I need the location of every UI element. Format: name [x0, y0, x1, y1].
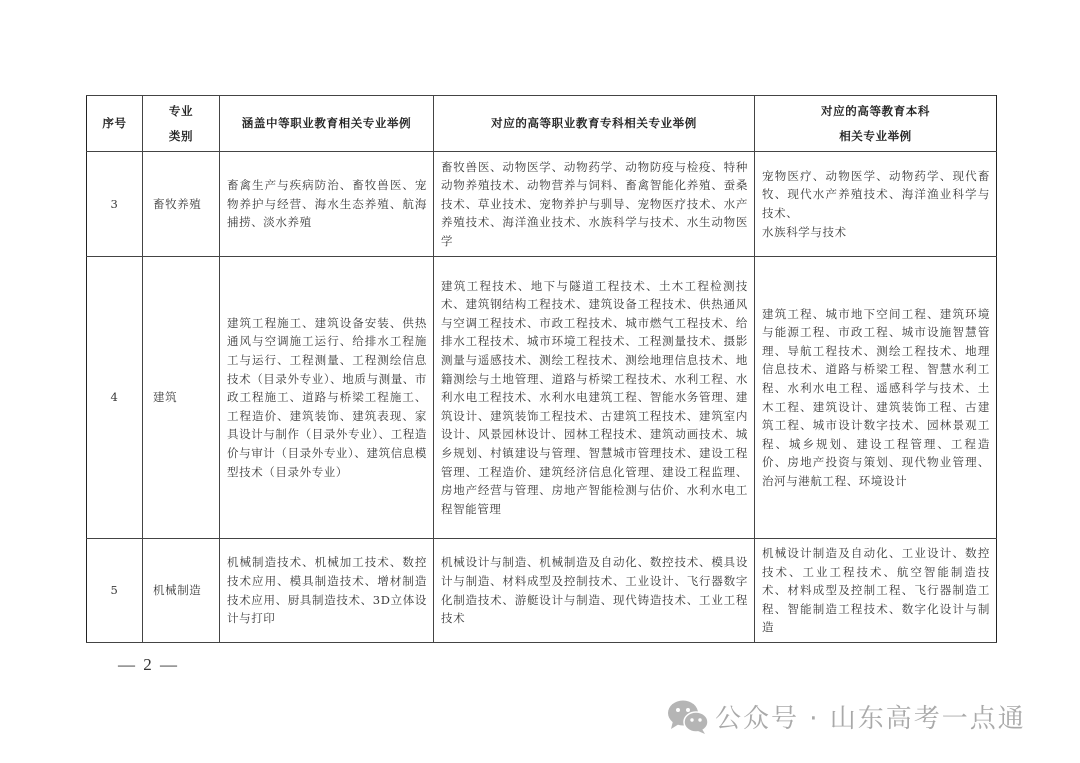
row-vocational-majors: 畜牧兽医、动物医学、动物药学、动物防疫与检疫、特种动物养殖技术、动物营养与饲料、…: [434, 152, 755, 257]
table-row: 4 建筑 建筑工程施工、建筑设备安装、供热通风与空调施工运行、给排水工程施工与运…: [87, 257, 997, 539]
page-number: — 2 —: [118, 655, 179, 675]
row-secondary-majors: 畜禽生产与疾病防治、畜牧兽医、宠物养护与经营、海水生态养殖、航海捕捞、淡水养殖: [220, 152, 434, 257]
major-mapping-table: 序号 专业类别 涵盖中等职业教育相关专业举例 对应的高等职业教育专科相关专业举例…: [86, 95, 997, 643]
row-secondary-majors: 建筑工程施工、建筑设备安装、供热通风与空调施工运行、给排水工程施工与运行、工程测…: [220, 257, 434, 539]
header-seq: 序号: [87, 96, 143, 152]
header-vocational: 对应的高等职业教育专科相关专业举例: [434, 96, 755, 152]
document-page: 序号 专业类别 涵盖中等职业教育相关专业举例 对应的高等职业教育专科相关专业举例…: [0, 0, 1080, 763]
watermark: 公众号 · 山东高考一点通: [667, 698, 1026, 735]
row-vocational-majors: 建筑工程技术、地下与隧道工程技术、土木工程检测技术、建筑钢结构工程技术、建筑设备…: [434, 257, 755, 539]
table-row: 5 机械制造 机械制造技术、机械加工技术、数控技术应用、模具制造技术、增材制造技…: [87, 539, 997, 643]
header-undergraduate: 对应的高等教育本科相关专业举例: [755, 96, 997, 152]
row-secondary-majors: 机械制造技术、机械加工技术、数控技术应用、模具制造技术、增材制造技术应用、厨具制…: [220, 539, 434, 643]
row-seq: 5: [87, 539, 143, 643]
row-vocational-majors: 机械设计与制造、机械制造及自动化、数控技术、模具设计与制造、材料成型及控制技术、…: [434, 539, 755, 643]
wechat-icon: [667, 699, 709, 735]
header-category: 专业类别: [143, 96, 220, 152]
header-secondary: 涵盖中等职业教育相关专业举例: [220, 96, 434, 152]
watermark-text: 公众号 · 山东高考一点通: [715, 698, 1026, 735]
row-category: 建筑: [143, 257, 220, 539]
row-seq: 4: [87, 257, 143, 539]
table-row: 3 畜牧养殖 畜禽生产与疾病防治、畜牧兽医、宠物养护与经营、海水生态养殖、航海捕…: [87, 152, 997, 257]
row-seq: 3: [87, 152, 143, 257]
row-undergraduate-majors: 机械设计制造及自动化、工业设计、数控技术、工业工程技术、航空智能制造技术、材料成…: [755, 539, 997, 643]
table-header-row: 序号 专业类别 涵盖中等职业教育相关专业举例 对应的高等职业教育专科相关专业举例…: [87, 96, 997, 152]
row-category: 机械制造: [143, 539, 220, 643]
row-undergraduate-majors: 宠物医疗、动物医学、动物药学、现代畜牧、现代水产养殖技术、海洋渔业科学与技术、 …: [755, 152, 997, 257]
row-category: 畜牧养殖: [143, 152, 220, 257]
row-undergraduate-majors: 建筑工程、城市地下空间工程、建筑环境与能源工程、市政工程、城市设施智慧管理、导航…: [755, 257, 997, 539]
